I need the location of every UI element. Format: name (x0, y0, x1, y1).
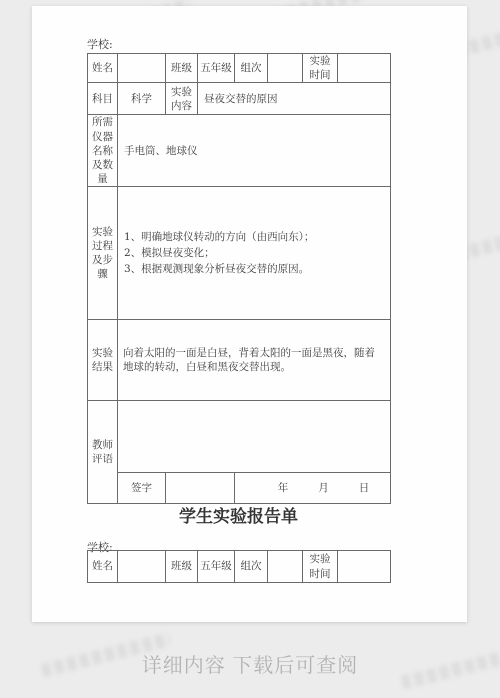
document-page: 学校: 姓名 班级 五年级 组次 实验时间 科目 科学 实验内容 (32, 6, 467, 622)
group-label-cell: 组次 (235, 54, 268, 83)
procedure-step: 2、模拟昼夜变化； (124, 245, 384, 261)
sign-value-cell (166, 473, 235, 504)
table-row: 教师评语 (88, 401, 391, 473)
time-label-cell: 实验时间 (303, 54, 338, 83)
equipment-value-cell: 手电筒、地球仪 (118, 115, 391, 187)
name-label-cell: 姓名 (88, 551, 118, 583)
time-value-cell (338, 54, 391, 83)
content-value-cell: 昼夜交替的原因 (198, 83, 391, 115)
table-row: 姓名 班级 五年级 组次 实验时间 (88, 551, 391, 583)
class-label-cell: 班级 (166, 54, 198, 83)
page-title: 学生实验报告单 (87, 502, 390, 527)
download-hint-text: 详细内容 下载后可查阅 (0, 649, 500, 678)
comment-label-cell: 教师评语 (88, 401, 118, 504)
class-label-cell: 班级 (166, 551, 198, 583)
name-value-cell (118, 54, 166, 83)
name-label-cell: 姓名 (88, 54, 118, 83)
class-value-cell: 五年级 (198, 551, 235, 583)
experiment-report-table: 姓名 班级 五年级 组次 实验时间 科目 科学 实验内容 昼夜交替的原因 所需仪… (87, 53, 391, 504)
table-row: 实验过程及步骤 1、明确地球仪转动的方向（由西向东）； 2、模拟昼夜变化； 3、… (88, 187, 391, 320)
table-row: 姓名 班级 五年级 组次 实验时间 (88, 54, 391, 83)
table-row: 签字 年 月 日 (88, 473, 391, 504)
group-label-cell: 组次 (235, 551, 268, 583)
subject-value-cell: 科学 (118, 83, 166, 115)
class-value-cell: 五年级 (198, 54, 235, 83)
school-label: 学校: (87, 36, 113, 52)
sign-label-cell: 签字 (118, 473, 166, 504)
name-value-cell (118, 551, 166, 583)
month-label: 月 (318, 481, 329, 495)
comment-value-cell (118, 401, 391, 473)
procedure-label-cell: 实验过程及步骤 (88, 187, 118, 320)
time-value-cell (338, 551, 391, 583)
procedure-step: 3、根据观测现象分析昼夜交替的原因。 (124, 261, 384, 277)
year-label: 年 (278, 481, 289, 495)
equipment-label-cell: 所需仪器名称及数量 (88, 115, 118, 187)
table-row: 所需仪器名称及数量 手电筒、地球仪 (88, 115, 391, 187)
group-value-cell (268, 54, 303, 83)
preview-canvas: 学校: 姓名 班级 五年级 组次 实验时间 科目 科学 实验内容 (0, 0, 500, 698)
table-row: 实验结果 向着太阳的一面是白昼，背着太阳的一面是黑夜，随着地球的转动，白昼和黑夜… (88, 320, 391, 401)
date-cell: 年 月 日 (235, 473, 391, 504)
second-report-table: 姓名 班级 五年级 组次 实验时间 (87, 550, 391, 583)
procedure-step: 1、明确地球仪转动的方向（由西向东）； (124, 229, 384, 245)
group-value-cell (268, 551, 303, 583)
subject-label-cell: 科目 (88, 83, 118, 115)
result-value-cell: 向着太阳的一面是白昼，背着太阳的一面是黑夜，随着地球的转动，白昼和黑夜交替出现。 (118, 320, 391, 401)
content-label-cell: 实验内容 (166, 83, 198, 115)
day-label: 日 (359, 481, 370, 495)
time-label-cell: 实验时间 (303, 551, 338, 583)
procedure-steps-cell: 1、明确地球仪转动的方向（由西向东）； 2、模拟昼夜变化； 3、根据观测现象分析… (118, 187, 391, 320)
table-row: 科目 科学 实验内容 昼夜交替的原因 (88, 83, 391, 115)
result-label-cell: 实验结果 (88, 320, 118, 401)
